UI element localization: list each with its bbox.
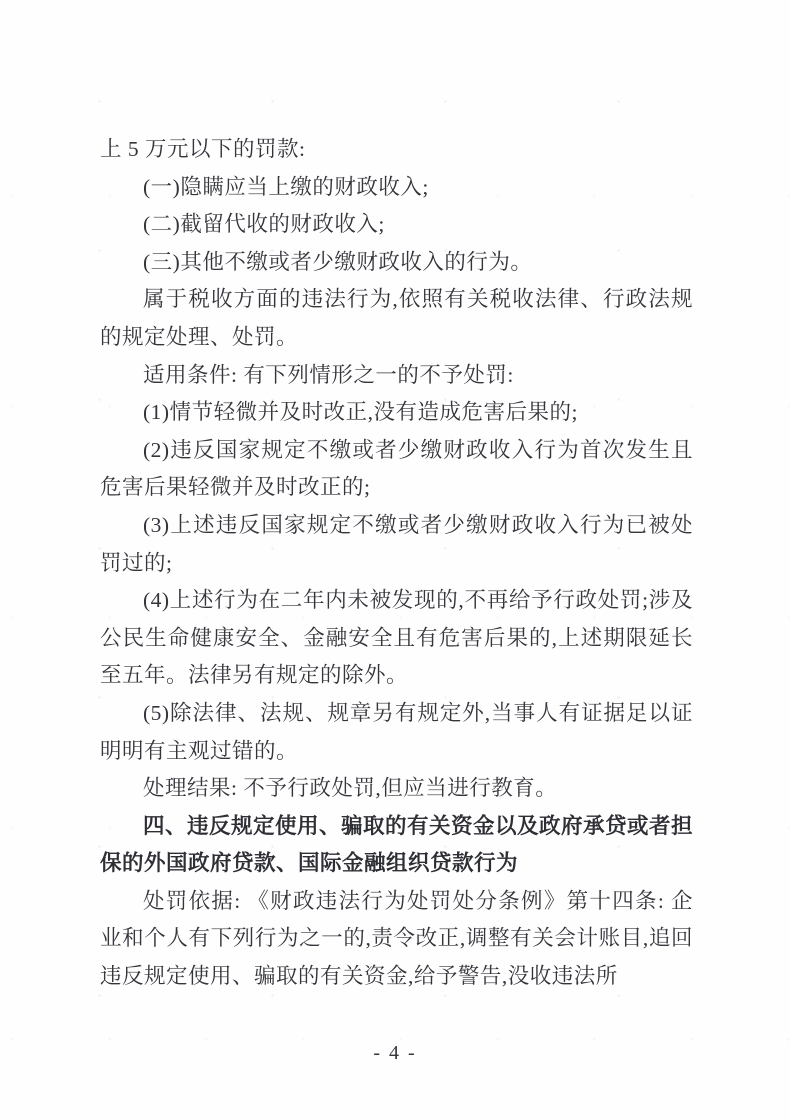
paragraph: 处罚依据: 《财政违法行为处罚处分条例》第十四条: 企业和个人有下列行为之一的,…	[100, 883, 693, 996]
paragraph: (3)上述违反国家规定不缴或者少缴财政收入行为已被处罚过的;	[100, 507, 693, 582]
paragraph: (三)其他不缴或者少缴财政收入的行为。	[100, 244, 693, 282]
paragraph: (5)除法律、法规、规章另有规定外,当事人有证据足以证明明有主观过错的。	[100, 695, 693, 770]
paragraph: (4)上述行为在二年内未被发现的,不再给予行政处罚;涉及公民生命健康安全、金融安…	[100, 582, 693, 695]
paragraph: 适用条件: 有下列情形之一的不予处罚:	[100, 357, 693, 395]
paragraph: (1)情节轻微并及时改正,没有造成危害后果的;	[100, 394, 693, 432]
document-page: 上 5 万元以下的罚款:(一)隐瞒应当上缴的财政收入;(二)截留代收的财政收入;…	[0, 0, 790, 1120]
section-heading: 四、违反规定使用、骗取的有关资金以及政府承贷或者担保的外国政府贷款、国际金融组织…	[100, 808, 693, 883]
paragraph: 处理结果: 不予行政处罚,但应当进行教育。	[100, 770, 693, 808]
paragraph: 属于税收方面的违法行为,依照有关税收法律、行政法规的规定处理、处罚。	[100, 281, 693, 356]
document-body: 上 5 万元以下的罚款:(一)隐瞒应当上缴的财政收入;(二)截留代收的财政收入;…	[100, 131, 693, 996]
page-number: - 4 -	[0, 1042, 790, 1065]
paragraph: 上 5 万元以下的罚款:	[100, 131, 693, 169]
paragraph: (二)截留代收的财政收入;	[100, 206, 693, 244]
paragraph: (2)违反国家规定不缴或者少缴财政收入行为首次发生且危害后果轻微并及时改正的;	[100, 432, 693, 507]
paragraph: (一)隐瞒应当上缴的财政收入;	[100, 169, 693, 207]
